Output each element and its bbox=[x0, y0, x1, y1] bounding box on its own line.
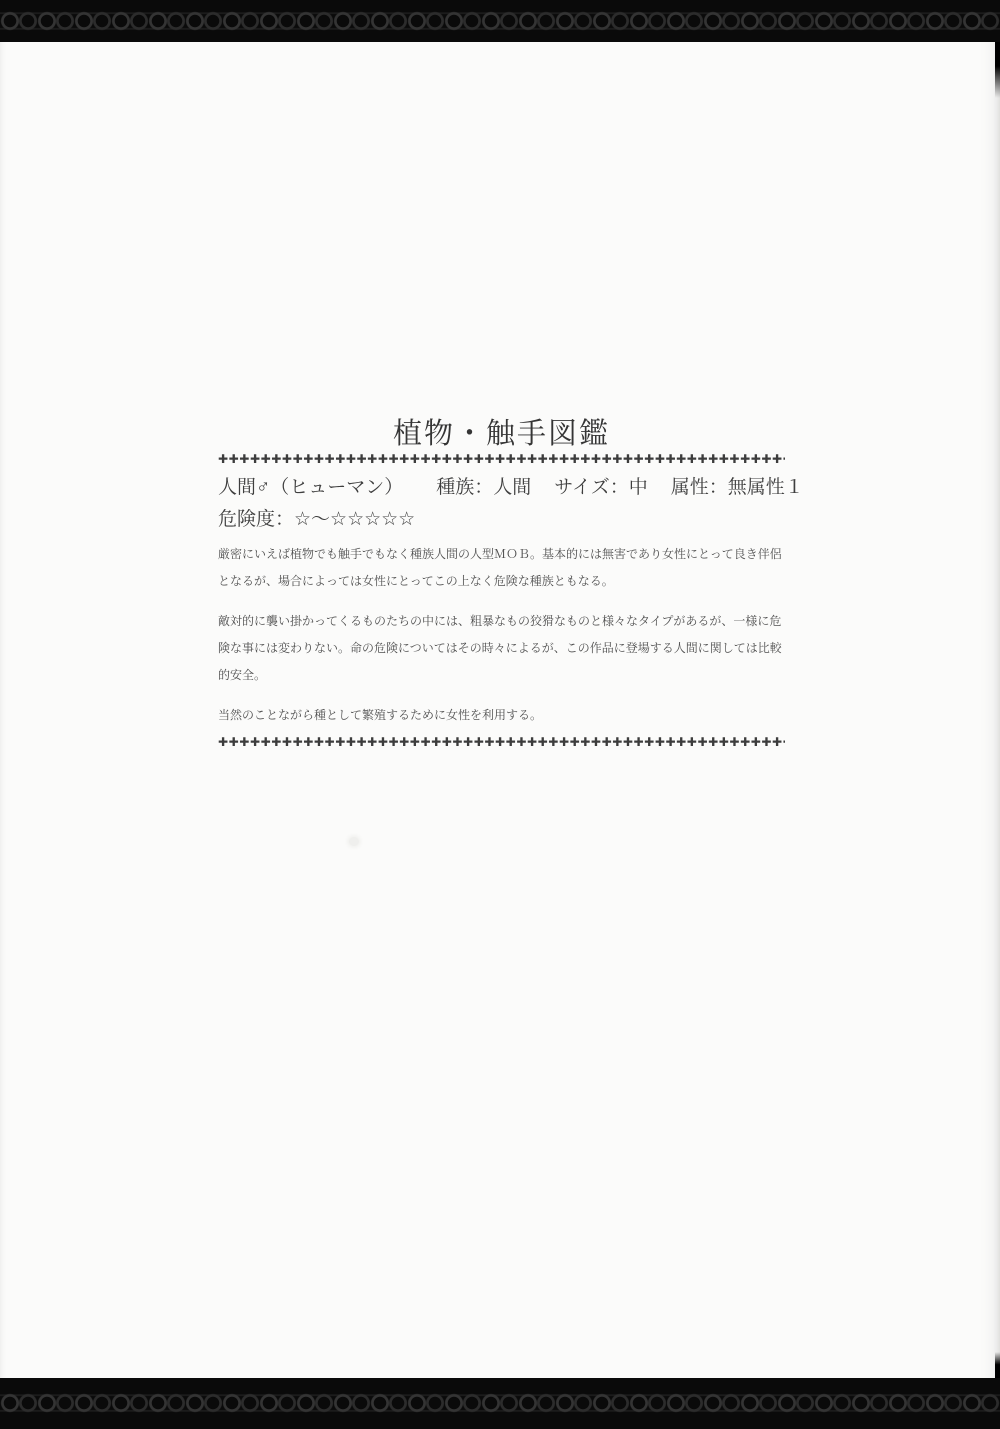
paragraph-2: 敵対的に襲い掛かってくるものたちの中には、粗暴なもの狡猾なものと様々なタイプがあ… bbox=[218, 608, 785, 689]
danger-level: 危険度：☆〜☆☆☆☆☆ bbox=[218, 507, 785, 532]
scan-edge-artifact-top bbox=[995, 40, 1000, 98]
cross-divider-top: ✚✚✚✚✚✚✚✚✚✚✚✚✚✚✚✚✚✚✚✚✚✚✚✚✚✚✚✚✚✚✚✚✚✚✚✚✚✚✚✚… bbox=[218, 452, 785, 466]
celtic-knot-pattern bbox=[0, 9, 1000, 33]
scan-dust-speck bbox=[349, 837, 359, 846]
top-border-ornament bbox=[0, 0, 1000, 42]
scanned-doujin-page: 植物・触手図鑑 ✚✚✚✚✚✚✚✚✚✚✚✚✚✚✚✚✚✚✚✚✚✚✚✚✚✚✚✚✚✚✚✚… bbox=[0, 0, 1000, 1429]
entry-header-line: 人間♂（ヒューマン）種族：人間サイズ：中属性：無属性１ bbox=[218, 476, 785, 500]
paragraph-line: 厳密にいえば植物でも触手でもなく種族人間の人型ＭＯＢ。基本的には無害であり女性に… bbox=[218, 541, 785, 568]
cross-divider-bottom: ✚✚✚✚✚✚✚✚✚✚✚✚✚✚✚✚✚✚✚✚✚✚✚✚✚✚✚✚✚✚✚✚✚✚✚✚✚✚✚✚… bbox=[218, 735, 785, 749]
entry-species: 種族：人間 bbox=[436, 477, 531, 498]
entry-name: 人間♂（ヒューマン） bbox=[218, 477, 403, 498]
celtic-knot-pattern bbox=[0, 1391, 1000, 1415]
paragraph-line: 的安全。 bbox=[218, 662, 785, 689]
paragraph-line: 当然のことながら種として繁殖するために女性を利用する。 bbox=[218, 702, 785, 729]
entry-size: サイズ：中 bbox=[554, 477, 647, 498]
encyclopedia-entry: 植物・触手図鑑 ✚✚✚✚✚✚✚✚✚✚✚✚✚✚✚✚✚✚✚✚✚✚✚✚✚✚✚✚✚✚✚✚… bbox=[218, 411, 785, 749]
paragraph-3: 当然のことながら種として繁殖するために女性を利用する。 bbox=[218, 702, 785, 729]
paragraph-line: 敵対的に襲い掛かってくるものたちの中には、粗暴なもの狡猾なものと様々なタイプがあ… bbox=[218, 608, 785, 635]
paragraph-1: 厳密にいえば植物でも触手でもなく種族人間の人型ＭＯＢ。基本的には無害であり女性に… bbox=[218, 541, 785, 595]
entry-attribute: 属性：無属性１ bbox=[671, 477, 804, 498]
bottom-border-ornament bbox=[0, 1378, 1000, 1429]
paragraph-line: となるが、場合によっては女性にとってこの上なく危険な種族ともなる。 bbox=[218, 568, 785, 595]
paragraph-line: 険な事には変わりない。命の危険についてはその時々によるが、この作品に登場する人間… bbox=[218, 635, 785, 662]
page-title: 植物・触手図鑑 bbox=[218, 411, 785, 452]
scan-edge-artifact-bottom bbox=[995, 1352, 1000, 1380]
